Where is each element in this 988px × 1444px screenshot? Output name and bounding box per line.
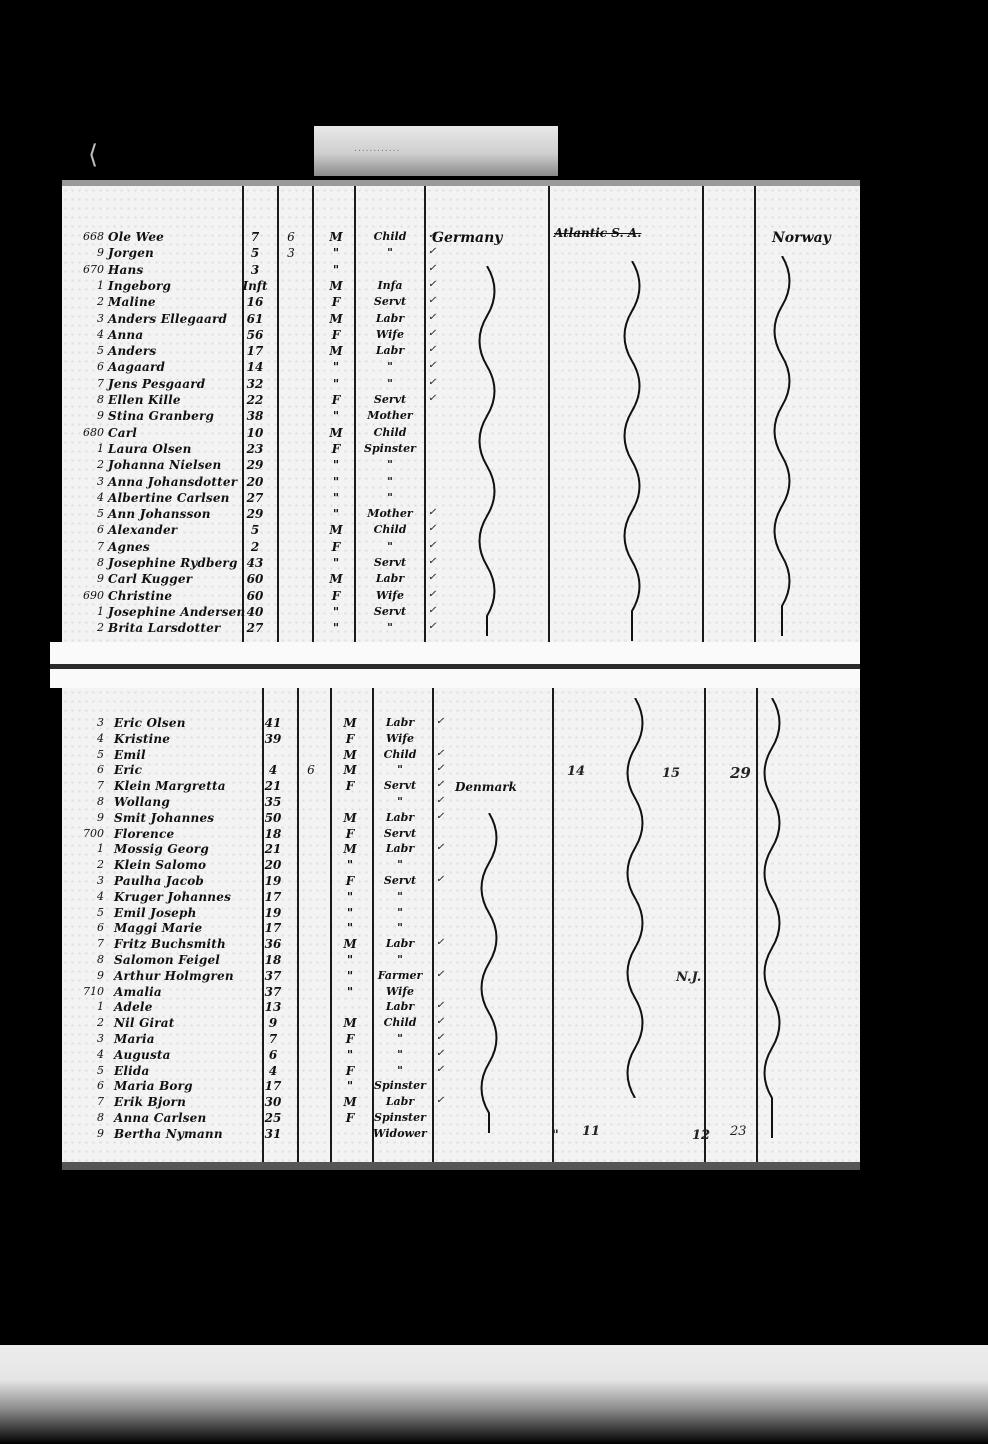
passenger-number: 5 bbox=[64, 748, 104, 761]
passenger-number: 8 bbox=[64, 953, 104, 966]
passenger-number: 2 bbox=[64, 1016, 104, 1029]
passenger-age: 20 bbox=[240, 475, 270, 489]
passenger-number: 8 bbox=[64, 1111, 104, 1124]
passenger-number: 6 bbox=[64, 523, 104, 536]
manifest-row: 1Adele13Labr✓ bbox=[62, 1000, 462, 1017]
check-mark: ✓ bbox=[428, 556, 438, 567]
passenger-occupation: " bbox=[368, 921, 432, 934]
passenger-age: 21 bbox=[258, 842, 288, 856]
passenger-name: Eric Olsen bbox=[114, 716, 186, 730]
check-mark: ✓ bbox=[428, 540, 438, 551]
manifest-row: 7Klein Margretta21FServt✓ bbox=[62, 779, 462, 796]
passenger-name: Mossig Georg bbox=[114, 842, 209, 856]
passenger-name: Carl bbox=[108, 426, 137, 440]
passenger-age: 21 bbox=[258, 779, 288, 793]
passenger-number: 1 bbox=[64, 842, 104, 855]
check-mark: ✓ bbox=[436, 874, 446, 885]
manifest-row: 8Ellen Kille22FServt✓ bbox=[62, 393, 462, 410]
passenger-sex: F bbox=[338, 779, 362, 793]
passenger-occupation: " bbox=[358, 475, 422, 488]
passenger-age: 60 bbox=[240, 572, 270, 586]
tally-count: 14 bbox=[567, 764, 585, 779]
passenger-occupation: Farmer bbox=[368, 969, 432, 982]
manifest-row: 3Maria7F"✓ bbox=[62, 1032, 462, 1049]
manifest-row: 2Brita Larsdotter27""✓ bbox=[62, 621, 462, 638]
passenger-name: Adele bbox=[114, 1000, 153, 1014]
passenger-number: 5 bbox=[64, 1064, 104, 1077]
passenger-name: Elida bbox=[114, 1064, 149, 1078]
passenger-sex: M bbox=[324, 426, 348, 440]
check-mark: ✓ bbox=[436, 795, 446, 806]
passenger-age: Inft bbox=[240, 279, 270, 293]
passenger-age: 19 bbox=[258, 906, 288, 920]
passenger-number: 4 bbox=[64, 1048, 104, 1061]
passenger-name: Wollang bbox=[114, 795, 170, 809]
manifest-row: 7Erik Bjorn30MLabr✓ bbox=[62, 1095, 462, 1112]
passenger-name: Carl Kugger bbox=[108, 572, 192, 586]
passenger-age: 4 bbox=[258, 1064, 288, 1078]
passenger-age: 38 bbox=[240, 409, 270, 423]
passenger-name: Amalia bbox=[114, 985, 162, 999]
passenger-name: Aagaard bbox=[108, 360, 165, 374]
passenger-age: 43 bbox=[240, 556, 270, 570]
passenger-name: Fritz Buchsmith bbox=[114, 937, 226, 951]
passenger-name: Hans bbox=[108, 263, 143, 277]
passenger-age: 2 bbox=[240, 540, 270, 554]
passenger-age: 41 bbox=[258, 716, 288, 730]
passenger-occupation: Wife bbox=[358, 589, 422, 602]
passenger-occupation: Labr bbox=[368, 1000, 432, 1013]
passenger-name: Maria Borg bbox=[114, 1079, 193, 1093]
passenger-occupation: Wife bbox=[368, 732, 432, 745]
passenger-age: 27 bbox=[240, 621, 270, 635]
ditto-wave-mark bbox=[617, 261, 647, 641]
passenger-number: 700 bbox=[64, 827, 104, 840]
passenger-sex: M bbox=[324, 523, 348, 537]
passenger-number: 8 bbox=[64, 393, 104, 406]
passenger-sex: " bbox=[324, 409, 348, 423]
passenger-name: Salomon Feigel bbox=[114, 953, 220, 967]
passenger-age: 14 bbox=[240, 360, 270, 374]
manifest-row: 7Jens Pesgaard32""✓ bbox=[62, 377, 462, 394]
passenger-occupation: Servt bbox=[368, 827, 432, 840]
passenger-name: Bertha Nymann bbox=[114, 1127, 223, 1141]
check-mark: ✓ bbox=[428, 360, 438, 371]
passenger-number: 4 bbox=[64, 732, 104, 745]
manifest-row: 668Ole Wee76MChild✓ bbox=[62, 230, 462, 247]
manifest-row: 710Amalia37"Wife bbox=[62, 985, 462, 1002]
passenger-occupation: Wife bbox=[358, 328, 422, 341]
check-mark: ✓ bbox=[436, 1064, 446, 1075]
passenger-age: 17 bbox=[258, 1079, 288, 1093]
passenger-occupation: " bbox=[358, 621, 422, 634]
passenger-occupation: Labr bbox=[368, 937, 432, 950]
passenger-number: 5 bbox=[64, 344, 104, 357]
passenger-sex: " bbox=[324, 458, 348, 472]
passenger-age: 31 bbox=[258, 1127, 288, 1141]
last-column-entry: Norway bbox=[772, 230, 831, 246]
manifest-row: 4Kristine39FWife bbox=[62, 732, 462, 749]
check-mark: ✓ bbox=[436, 1095, 446, 1106]
passenger-age: 36 bbox=[258, 937, 288, 951]
column-divider bbox=[548, 186, 550, 648]
passenger-age: 32 bbox=[240, 377, 270, 391]
passenger-sex: M bbox=[324, 230, 348, 244]
manifest-row: 3Anders Ellegaard61MLabr✓ bbox=[62, 312, 462, 329]
passenger-name: Ole Wee bbox=[108, 230, 164, 244]
passenger-age: 40 bbox=[240, 605, 270, 619]
passenger-occupation: Spinster bbox=[368, 1079, 432, 1092]
passenger-age: 29 bbox=[240, 507, 270, 521]
footer-count: 23 bbox=[730, 1124, 747, 1139]
passenger-name: Christine bbox=[108, 589, 172, 603]
passenger-occupation: Widower bbox=[368, 1127, 432, 1140]
passenger-occupation: " bbox=[368, 858, 432, 871]
manifest-row: 3Eric Olsen41MLabr✓ bbox=[62, 716, 462, 733]
passenger-age: 22 bbox=[240, 393, 270, 407]
passenger-sex: " bbox=[324, 491, 348, 505]
check-mark: ✓ bbox=[436, 969, 446, 980]
passenger-name: Eric bbox=[114, 763, 142, 777]
passenger-name: Stina Granberg bbox=[108, 409, 214, 423]
passenger-name: Paulha Jacob bbox=[114, 874, 204, 888]
manifest-row: 5EmilMChild✓ bbox=[62, 748, 462, 765]
passenger-occupation: " bbox=[368, 1064, 432, 1077]
check-mark: ✓ bbox=[428, 605, 438, 616]
passenger-number: 5 bbox=[64, 906, 104, 919]
manifest-row: 1IngeborgInftMInfa✓ bbox=[62, 279, 462, 296]
passenger-name: Arthur Holmgren bbox=[114, 969, 234, 983]
passenger-name: Alexander bbox=[108, 523, 177, 537]
passenger-age: 7 bbox=[240, 230, 270, 244]
passenger-occupation: " bbox=[358, 458, 422, 471]
passenger-sex: " bbox=[338, 969, 362, 983]
check-mark: ✓ bbox=[428, 295, 438, 306]
manifest-row: 7Fritz Buchsmith36MLabr✓ bbox=[62, 937, 462, 954]
passenger-name: Ingeborg bbox=[108, 279, 171, 293]
manifest-row: 2Johanna Nielsen29"" bbox=[62, 458, 462, 475]
passenger-age: 29 bbox=[240, 458, 270, 472]
manifest-row: 5Emil Joseph19"" bbox=[62, 906, 462, 923]
passenger-number: 6 bbox=[64, 921, 104, 934]
passenger-number: 680 bbox=[64, 426, 104, 439]
footer-count: 12 bbox=[692, 1128, 710, 1143]
manifest-row: 2Nil Girat9MChild✓ bbox=[62, 1016, 462, 1033]
manifest-row: 9Bertha Nymann31Widower bbox=[62, 1127, 462, 1144]
passenger-occupation: " bbox=[368, 953, 432, 966]
check-mark: ✓ bbox=[428, 246, 438, 257]
passenger-age: 37 bbox=[258, 969, 288, 983]
passenger-age: 4 bbox=[258, 763, 288, 777]
passenger-number: 9 bbox=[64, 811, 104, 824]
passenger-sex: " bbox=[324, 475, 348, 489]
footer-count: " bbox=[552, 1128, 559, 1143]
passenger-months: 6 bbox=[300, 763, 322, 777]
passenger-months: 6 bbox=[280, 230, 302, 244]
passenger-number: 2 bbox=[64, 458, 104, 471]
manifest-row: 7Agnes2F"✓ bbox=[62, 540, 462, 557]
passenger-number: 3 bbox=[64, 312, 104, 325]
passenger-sex: " bbox=[324, 360, 348, 374]
passenger-sex: F bbox=[338, 874, 362, 888]
manifest-row: 3Anna Johansdotter20"" bbox=[62, 475, 462, 492]
passenger-occupation: Labr bbox=[368, 716, 432, 729]
passenger-sex: " bbox=[338, 906, 362, 920]
passenger-occupation: Servt bbox=[358, 295, 422, 308]
manifest-row: 9Stina Granberg38"Mother bbox=[62, 409, 462, 426]
passenger-name: Laura Olsen bbox=[108, 442, 192, 456]
column-divider bbox=[754, 186, 756, 648]
manifest-row: 6Alexander5MChild✓ bbox=[62, 523, 462, 540]
passenger-sex: F bbox=[324, 540, 348, 554]
passenger-sex: F bbox=[338, 1064, 362, 1078]
check-mark: ✓ bbox=[436, 842, 446, 853]
column-divider bbox=[702, 186, 704, 648]
passenger-occupation: Labr bbox=[358, 344, 422, 357]
check-mark: ✓ bbox=[428, 621, 438, 632]
passenger-age: 16 bbox=[240, 295, 270, 309]
passenger-number: 4 bbox=[64, 890, 104, 903]
passenger-sex: M bbox=[338, 763, 362, 777]
check-mark: ✓ bbox=[428, 263, 438, 274]
passenger-number: 6 bbox=[64, 1079, 104, 1092]
passenger-age: 17 bbox=[240, 344, 270, 358]
passenger-number: 7 bbox=[64, 779, 104, 792]
check-mark: ✓ bbox=[436, 811, 446, 822]
manifest-row: 1Mossig Georg21MLabr✓ bbox=[62, 842, 462, 859]
passenger-number: 3 bbox=[64, 716, 104, 729]
passenger-sex: F bbox=[324, 328, 348, 342]
check-mark: ✓ bbox=[436, 1048, 446, 1059]
passenger-name: Anders bbox=[108, 344, 156, 358]
passenger-name: Erik Bjorn bbox=[114, 1095, 186, 1109]
ditto-wave-mark bbox=[767, 256, 797, 636]
passenger-number: 9 bbox=[64, 246, 104, 259]
passenger-sex: M bbox=[338, 748, 362, 762]
passenger-occupation: Servt bbox=[368, 779, 432, 792]
manifest-row: 2Klein Salomo20"" bbox=[62, 858, 462, 875]
ditto-wave-mark bbox=[757, 698, 787, 1138]
passenger-sex: M bbox=[324, 572, 348, 586]
manifest-row: 4Albertine Carlsen27"" bbox=[62, 491, 462, 508]
check-mark: ✓ bbox=[436, 748, 446, 759]
passenger-occupation: Labr bbox=[358, 312, 422, 325]
passenger-occupation: Spinster bbox=[368, 1111, 432, 1124]
passenger-number: 1 bbox=[64, 1000, 104, 1013]
passenger-age: 5 bbox=[240, 246, 270, 260]
passenger-name: Nil Girat bbox=[114, 1016, 175, 1030]
manifest-row: 6Eric46M"✓ bbox=[62, 763, 462, 780]
passenger-name: Johanna Nielsen bbox=[108, 458, 221, 472]
passenger-sex: M bbox=[338, 716, 362, 730]
passenger-age: 17 bbox=[258, 921, 288, 935]
manifest-row: 680Carl10MChild bbox=[62, 426, 462, 443]
passenger-age: 18 bbox=[258, 953, 288, 967]
passenger-sex: " bbox=[324, 377, 348, 391]
passenger-occupation: " bbox=[358, 246, 422, 259]
passenger-occupation: " bbox=[368, 763, 432, 776]
passenger-occupation: " bbox=[368, 890, 432, 903]
passenger-sex: M bbox=[338, 1016, 362, 1030]
passenger-number: 8 bbox=[64, 795, 104, 808]
passenger-name: Maline bbox=[108, 295, 156, 309]
passenger-sex: F bbox=[324, 442, 348, 456]
passenger-name: Jens Pesgaard bbox=[108, 377, 205, 391]
passenger-number: 4 bbox=[64, 328, 104, 341]
passenger-number: 1 bbox=[64, 279, 104, 292]
manifest-row: 9Arthur Holmgren37"Farmer✓ bbox=[62, 969, 462, 986]
passenger-number: 5 bbox=[64, 507, 104, 520]
manifest-row: 2Maline16FServt✓ bbox=[62, 295, 462, 312]
footer-count: 11 bbox=[582, 1124, 600, 1139]
passenger-age: 27 bbox=[240, 491, 270, 505]
passenger-age: 25 bbox=[258, 1111, 288, 1125]
passenger-sex: " bbox=[338, 890, 362, 904]
manifest-row: 6Aagaard14""✓ bbox=[62, 360, 462, 377]
passenger-sex: M bbox=[324, 344, 348, 358]
passenger-name: Kruger Johannes bbox=[114, 890, 231, 904]
passenger-occupation: Mother bbox=[358, 409, 422, 422]
check-mark: ✓ bbox=[428, 230, 438, 241]
passenger-name: Maggi Marie bbox=[114, 921, 202, 935]
passenger-sex: F bbox=[338, 1032, 362, 1046]
manifest-row: 5Elida4F"✓ bbox=[62, 1064, 462, 1081]
passenger-occupation: " bbox=[358, 360, 422, 373]
manifest-row: 4Kruger Johannes17"" bbox=[62, 890, 462, 907]
passenger-number: 3 bbox=[64, 1032, 104, 1045]
passenger-occupation: Labr bbox=[368, 842, 432, 855]
check-mark: ✓ bbox=[428, 393, 438, 404]
manifest-row: 9Jorgen53""✓ bbox=[62, 246, 462, 263]
passenger-number: 3 bbox=[64, 475, 104, 488]
passenger-number: 3 bbox=[64, 874, 104, 887]
passenger-sex: " bbox=[338, 1048, 362, 1062]
passenger-occupation: Child bbox=[358, 230, 422, 243]
passenger-number: 6 bbox=[64, 360, 104, 373]
film-bottom-edge bbox=[0, 1345, 988, 1444]
passenger-age: 50 bbox=[258, 811, 288, 825]
passenger-occupation: " bbox=[358, 491, 422, 504]
manifest-row: 3Paulha Jacob19FServt✓ bbox=[62, 874, 462, 891]
passenger-age: 7 bbox=[258, 1032, 288, 1046]
passenger-sex: " bbox=[324, 556, 348, 570]
passenger-name: Anna Carlsen bbox=[114, 1111, 206, 1125]
passenger-occupation: " bbox=[358, 540, 422, 553]
passenger-number: 2 bbox=[64, 621, 104, 634]
check-mark: ✓ bbox=[436, 716, 446, 727]
check-mark: ✓ bbox=[428, 572, 438, 583]
check-mark: ✓ bbox=[428, 344, 438, 355]
passenger-sex: F bbox=[324, 295, 348, 309]
passenger-occupation: Labr bbox=[358, 572, 422, 585]
passenger-sex: M bbox=[338, 1095, 362, 1109]
passenger-number: 6 bbox=[64, 763, 104, 776]
passenger-age: 37 bbox=[258, 985, 288, 999]
check-mark: ✓ bbox=[428, 312, 438, 323]
check-mark: ✓ bbox=[428, 377, 438, 388]
passenger-sex: M bbox=[338, 842, 362, 856]
passenger-age: 10 bbox=[240, 426, 270, 440]
passenger-occupation: Wife bbox=[368, 985, 432, 998]
passenger-occupation: Child bbox=[358, 426, 422, 439]
passenger-sex: M bbox=[324, 312, 348, 326]
passenger-age: 60 bbox=[240, 589, 270, 603]
passenger-number: 690 bbox=[64, 589, 104, 602]
film-label-tab: ............ bbox=[314, 126, 558, 176]
passenger-number: 1 bbox=[64, 442, 104, 455]
passenger-age: 61 bbox=[240, 312, 270, 326]
destination-entry: Atlantic S. A. bbox=[554, 226, 641, 240]
passenger-name: Maria bbox=[114, 1032, 155, 1046]
passenger-occupation: " bbox=[368, 795, 432, 808]
passenger-sex: " bbox=[324, 507, 348, 521]
passenger-name: Anna Johansdotter bbox=[108, 475, 237, 489]
manifest-row: 4Augusta6""✓ bbox=[62, 1048, 462, 1065]
passenger-occupation: " bbox=[358, 377, 422, 390]
passenger-name: Jorgen bbox=[108, 246, 154, 260]
passenger-name: Augusta bbox=[114, 1048, 171, 1062]
passenger-name: Ann Johansson bbox=[108, 507, 211, 521]
passenger-sex: " bbox=[338, 858, 362, 872]
passenger-sex: " bbox=[324, 621, 348, 635]
column-divider bbox=[552, 688, 554, 1162]
passenger-occupation: Servt bbox=[358, 556, 422, 569]
passenger-name: Smit Johannes bbox=[114, 811, 214, 825]
passenger-sex: " bbox=[338, 953, 362, 967]
passenger-name: Brita Larsdotter bbox=[108, 621, 220, 635]
passenger-age: 17 bbox=[258, 890, 288, 904]
passenger-age: 18 bbox=[258, 827, 288, 841]
film-label-text: ............ bbox=[354, 144, 400, 154]
check-mark: ✓ bbox=[428, 589, 438, 600]
passenger-number: 670 bbox=[64, 263, 104, 276]
manifest-row: 8Wollang35"✓ bbox=[62, 795, 462, 812]
passenger-occupation: Servt bbox=[358, 605, 422, 618]
passenger-occupation: " bbox=[368, 906, 432, 919]
passenger-name: Klein Salomo bbox=[114, 858, 206, 872]
check-mark: ✓ bbox=[436, 1032, 446, 1043]
passenger-name: Ellen Kille bbox=[108, 393, 181, 407]
passenger-sex: " bbox=[324, 263, 348, 277]
ditto-wave-mark bbox=[472, 266, 502, 636]
passenger-sex: F bbox=[324, 393, 348, 407]
check-mark: ✓ bbox=[428, 328, 438, 339]
check-mark: ✓ bbox=[428, 523, 438, 534]
check-mark: ✓ bbox=[436, 779, 446, 790]
passenger-age: 13 bbox=[258, 1000, 288, 1014]
passenger-name: Florence bbox=[114, 827, 174, 841]
manifest-row: 700Florence18FServt bbox=[62, 827, 462, 844]
passenger-age: 9 bbox=[258, 1016, 288, 1030]
page-fold bbox=[50, 642, 860, 688]
passenger-occupation: Labr bbox=[368, 1095, 432, 1108]
column-divider bbox=[704, 688, 706, 1162]
passenger-sex: M bbox=[324, 279, 348, 293]
passenger-age: 5 bbox=[240, 523, 270, 537]
passenger-age: 3 bbox=[240, 263, 270, 277]
manifest-row: 1Josephine Andersen40"Servt✓ bbox=[62, 605, 462, 622]
passenger-occupation: Spinster bbox=[358, 442, 422, 455]
passenger-name: Kristine bbox=[114, 732, 170, 746]
passenger-sex: " bbox=[338, 985, 362, 999]
passenger-number: 7 bbox=[64, 377, 104, 390]
passenger-name: Agnes bbox=[108, 540, 150, 554]
check-mark: ✓ bbox=[436, 1000, 446, 1011]
manifest-row: 9Carl Kugger60MLabr✓ bbox=[62, 572, 462, 589]
passenger-number: 9 bbox=[64, 572, 104, 585]
passenger-number: 9 bbox=[64, 1127, 104, 1140]
passenger-number: 4 bbox=[64, 491, 104, 504]
